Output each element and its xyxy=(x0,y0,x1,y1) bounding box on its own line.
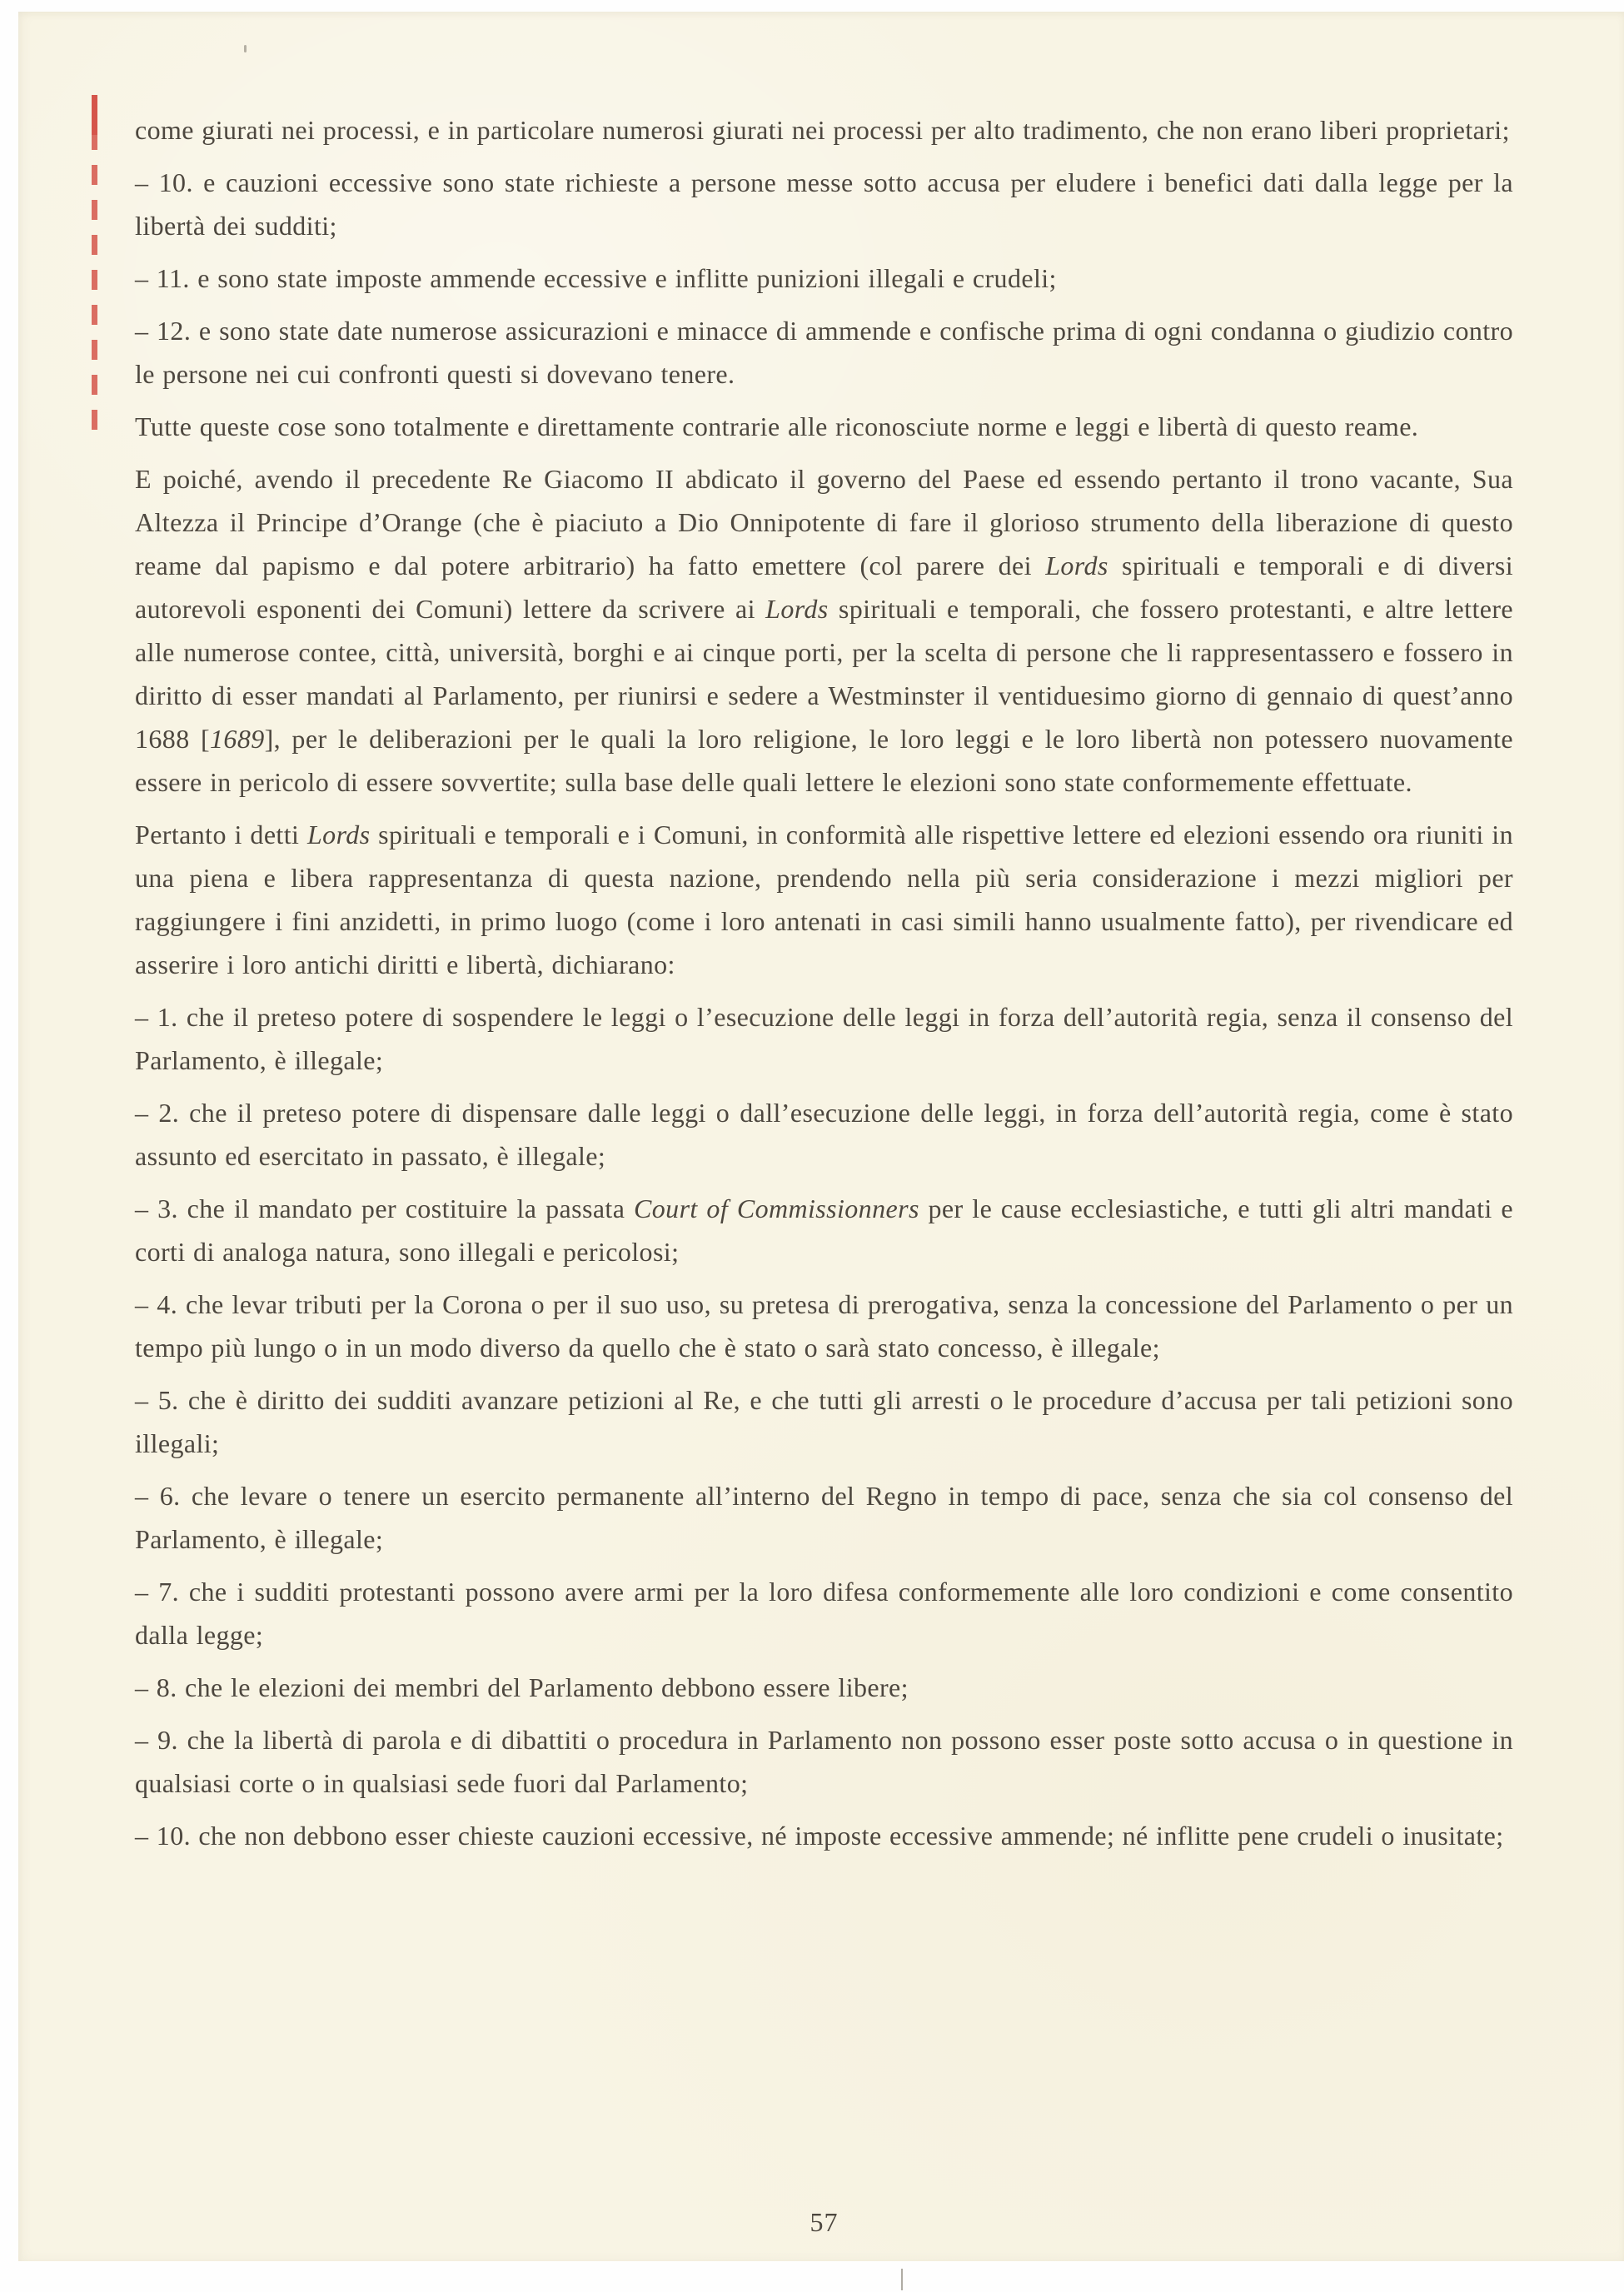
paragraph: – 4. che levar tributi per la Corona o p… xyxy=(135,1283,1513,1369)
body-text: – 6. che levare o tenere un esercito per… xyxy=(135,1481,1513,1554)
paragraph: come giurati nei processi, e in particol… xyxy=(135,108,1513,152)
italic-text: Lords xyxy=(765,594,829,624)
paragraph: – 6. che levare o tenere un esercito per… xyxy=(135,1474,1513,1561)
body-text: ], per le deliberazioni per le quali la … xyxy=(135,724,1513,797)
body-text: – 10. e cauzioni eccessive sono state ri… xyxy=(135,167,1513,241)
body-text: – 9. che la libertà di parola e di dibat… xyxy=(135,1725,1513,1798)
paragraph: – 3. che il mandato per costituire la pa… xyxy=(135,1187,1513,1273)
paragraph: – 12. e sono state date numerose assicur… xyxy=(135,309,1513,396)
body-text: – 8. che le elezioni dei membri del Parl… xyxy=(135,1672,909,1702)
page-text: come giurati nei processi, e in particol… xyxy=(135,108,1513,1857)
body-text: – 7. che i sudditi protestanti possono a… xyxy=(135,1577,1513,1650)
paragraph: – 9. che la libertà di parola e di dibat… xyxy=(135,1718,1513,1805)
body-text: – 1. che il preteso potere di sospendere… xyxy=(135,1002,1513,1075)
paragraph: – 5. che è diritto dei sudditi avanzare … xyxy=(135,1378,1513,1465)
paragraph: – 1. che il preteso potere di sospendere… xyxy=(135,995,1513,1082)
body-text: – 10. che non debbono esser chieste cauz… xyxy=(135,1821,1504,1851)
paragraph: E poiché, avendo il precedente Re Giacom… xyxy=(135,457,1513,804)
scan-edge-artifact xyxy=(92,95,97,445)
italic-text: Court of Commissionners xyxy=(634,1193,919,1223)
body-text: – 5. che è diritto dei sudditi avanzare … xyxy=(135,1385,1513,1458)
paragraph: – 10. e cauzioni eccessive sono state ri… xyxy=(135,161,1513,247)
italic-text: Lords xyxy=(307,820,371,850)
scan-tick-bottom xyxy=(901,2269,903,2290)
body-text: – 4. che levar tributi per la Corona o p… xyxy=(135,1289,1513,1363)
body-text: Pertanto i detti xyxy=(135,820,307,850)
paragraph: Pertanto i detti Lords spirituali e temp… xyxy=(135,813,1513,986)
scanned-document: { "colors":{ "paper":"#f8f4e4", "backgro… xyxy=(0,0,1624,2292)
paragraph: – 2. che il preteso potere di dispensare… xyxy=(135,1091,1513,1178)
book-page: come giurati nei processi, e in particol… xyxy=(18,12,1624,2261)
scan-speck-top xyxy=(244,45,247,52)
body-text: – 2. che il preteso potere di dispensare… xyxy=(135,1098,1513,1171)
paragraph: – 7. che i sudditi protestanti possono a… xyxy=(135,1570,1513,1657)
body-text: – 11. e sono state imposte ammende ecces… xyxy=(135,263,1057,293)
paragraph: – 8. che le elezioni dei membri del Parl… xyxy=(135,1666,1513,1709)
italic-text: Lords xyxy=(1045,551,1108,580)
italic-text: 1689 xyxy=(210,724,265,754)
body-text: come giurati nei processi, e in particol… xyxy=(135,115,1510,145)
paragraph: – 11. e sono state imposte ammende ecces… xyxy=(135,257,1513,300)
body-text: Tutte queste cose sono totalmente e dire… xyxy=(135,411,1418,441)
page-number: 57 xyxy=(135,2207,1513,2238)
paragraph: – 10. che non debbono esser chieste cauz… xyxy=(135,1814,1513,1857)
body-text: – 3. che il mandato per costituire la pa… xyxy=(135,1193,634,1223)
paragraph: Tutte queste cose sono totalmente e dire… xyxy=(135,405,1513,448)
body-text: – 12. e sono state date numerose assicur… xyxy=(135,316,1513,389)
